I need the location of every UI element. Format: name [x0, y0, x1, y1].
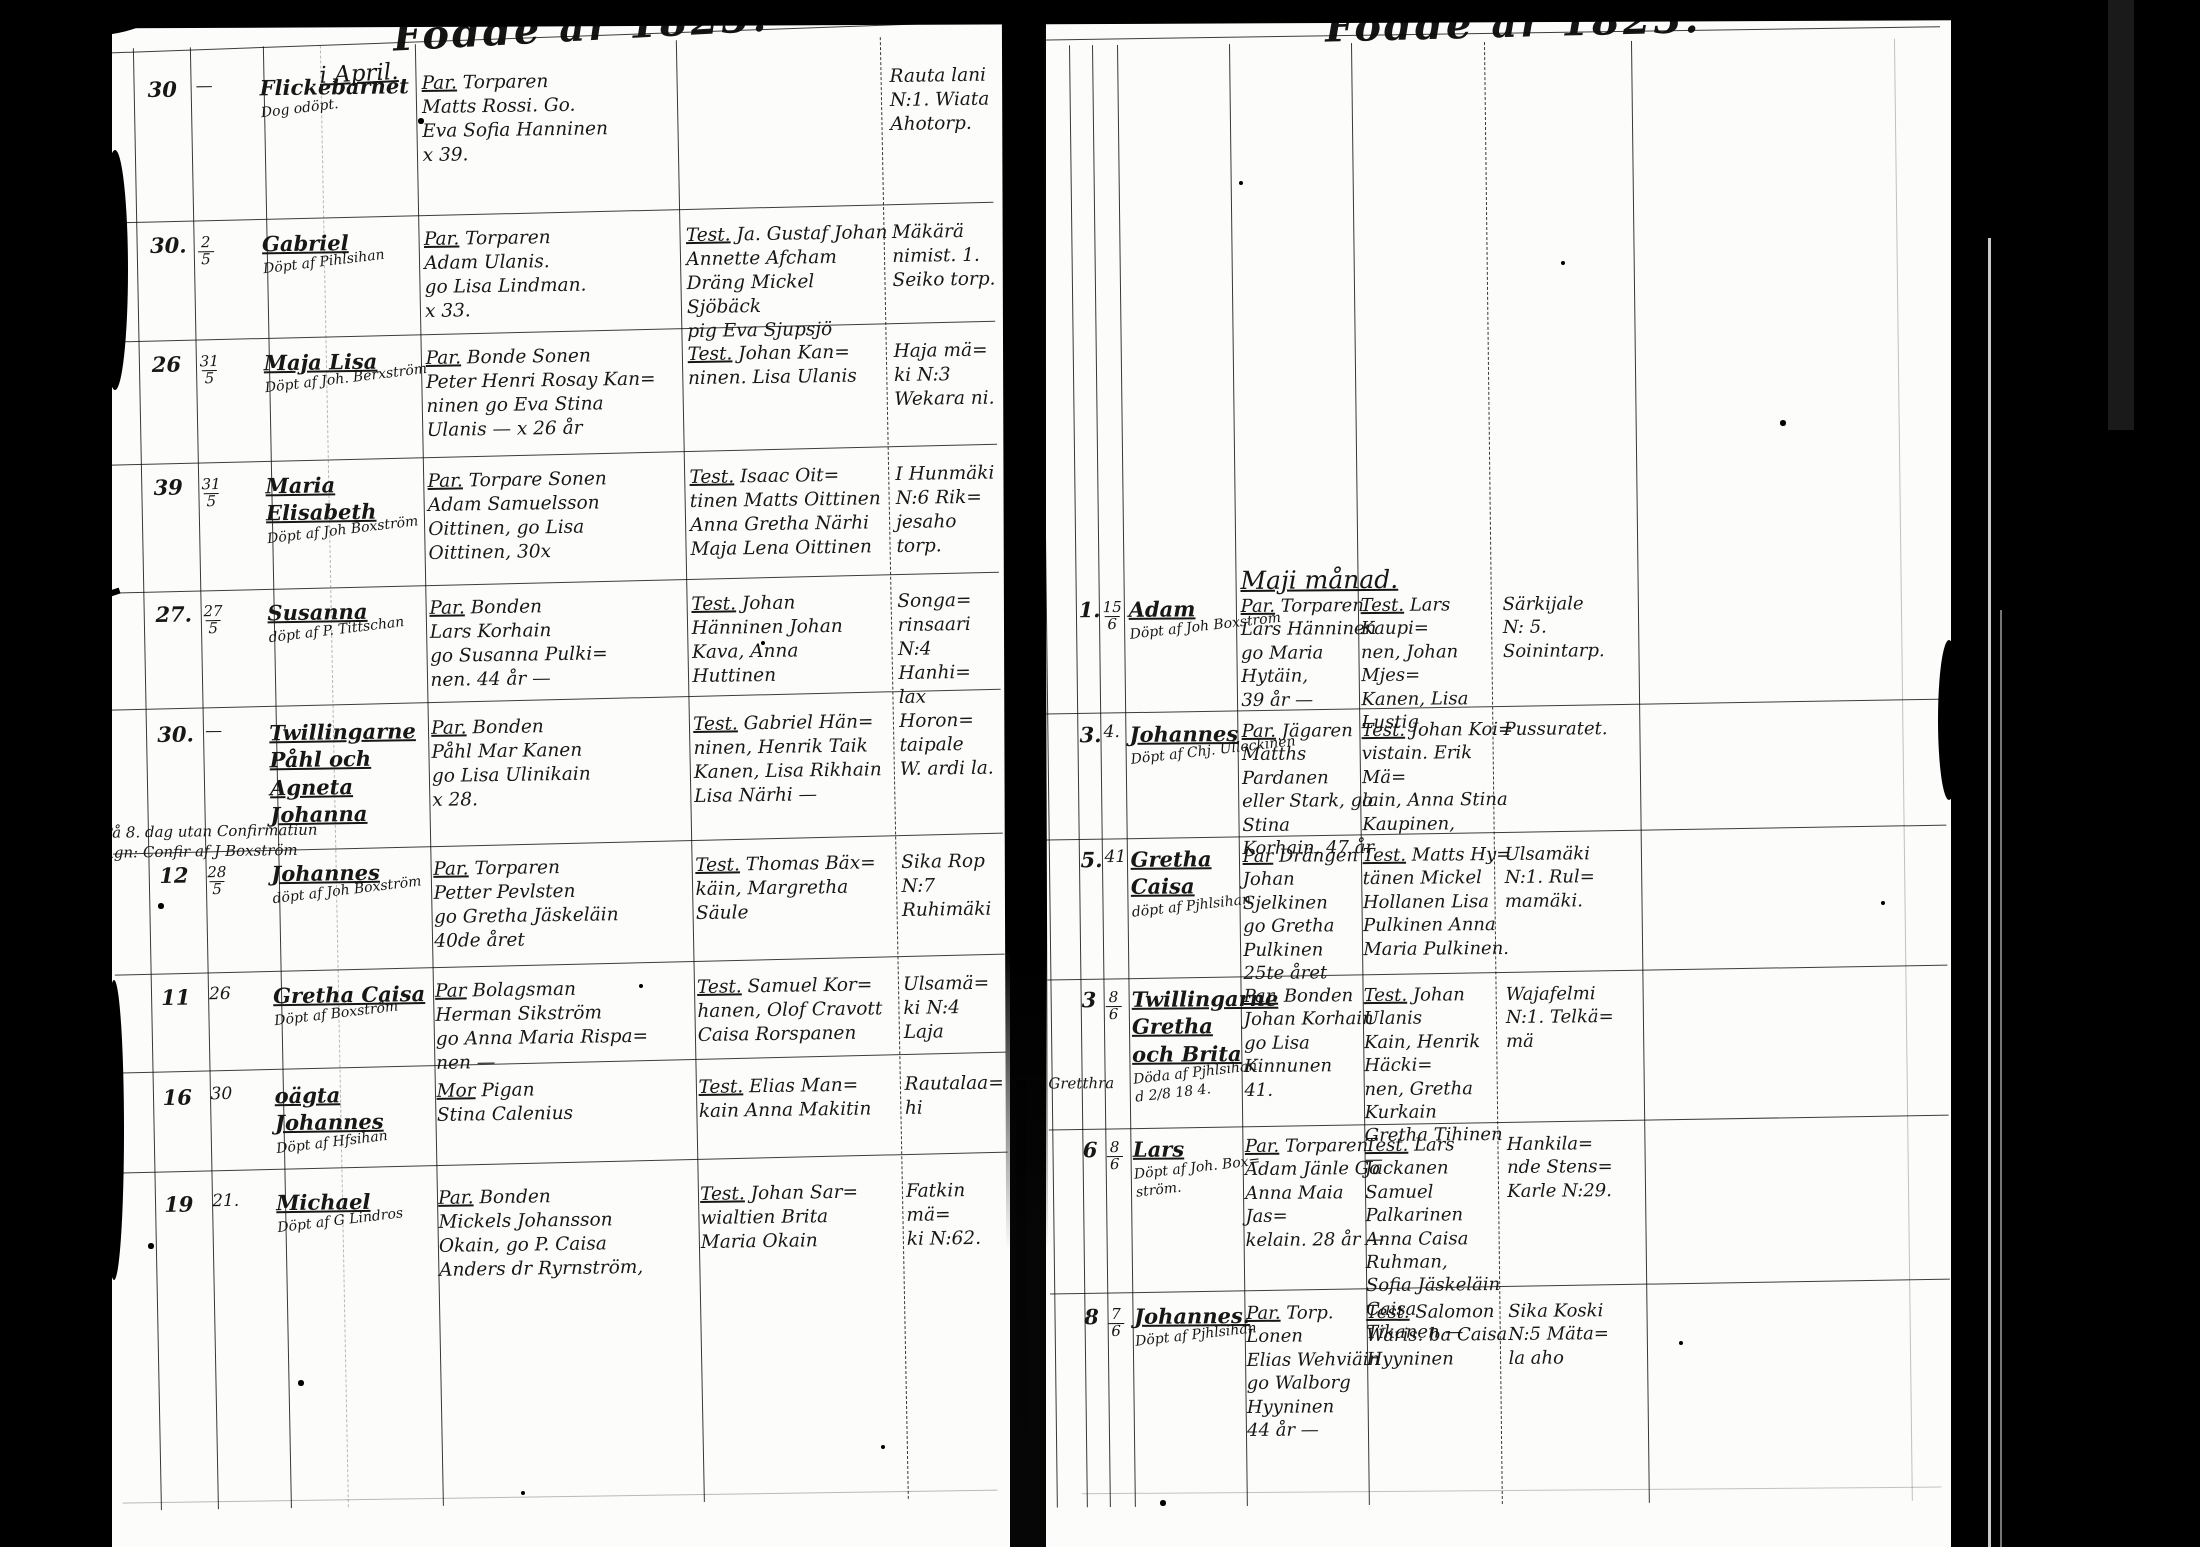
cell-parents: Par. Bonde Sonen Peter Henri Rosay Kan= …	[426, 343, 689, 443]
column-rule	[133, 48, 162, 1510]
entry-number: 3	[1082, 986, 1108, 1014]
entry-date: 315	[200, 349, 271, 387]
column-rule	[1894, 39, 1913, 1501]
register-row: 30.25GabrielDöpt af PihlsihanPar. Torpar…	[104, 219, 1002, 232]
cell-witnesses: Test. Johan Koi= vistain. Erik Mä= lain,…	[1361, 718, 1517, 836]
cell-witnesses: Test. Salomon Waris. ba Caisa Hyyninen	[1366, 1300, 1522, 1371]
entry-date: 25	[198, 230, 269, 268]
cell-child: Twillingarne Påhl och Agneta Johanna	[269, 717, 446, 829]
row-rule	[1082, 1487, 1942, 1495]
cell-child: GabrielDöpt af Pihlsihan	[262, 228, 438, 279]
row-rule	[123, 1490, 998, 1504]
cell-child: AdamDöpt af Joh Boxström	[1129, 595, 1254, 644]
cell-child: JohannesDöpt af Chj. Ulleckinen	[1130, 720, 1255, 769]
register-row: 1.156AdamDöpt af Joh BoxströmPar. Torpar…	[1045, 589, 1951, 596]
entry-date: 21.	[212, 1189, 282, 1212]
cell-residence: Rauta lani N:1. Wiata Ahotorp.	[889, 63, 998, 137]
entry-date: 285	[207, 860, 278, 898]
cell-parents: Par. Torparen Petter Pevlsten go Gretha …	[433, 854, 696, 954]
cell-child: Gretha CaisaDöpt af Boxström	[273, 980, 449, 1031]
cell-residence: Sika Koski N:5 Mäta= la aho	[1508, 1299, 1659, 1370]
cell-witnesses: Test. Ja. Gustaf Johan Annette Afcham Dr…	[686, 221, 893, 344]
entry-number: 6	[1083, 1136, 1109, 1164]
scanned-parish-register: Födde år 1823. i April. 30—FlickebarnetD…	[0, 0, 2200, 1547]
cell-witnesses: Test. Johan Sar= wialtien Brita Maria Ok…	[700, 1180, 906, 1255]
left-page-inner: Födde år 1823. i April. 30—FlickebarnetD…	[101, 11, 1022, 1547]
child-name: Twillingarne Påhl och Agneta Johanna	[269, 717, 446, 829]
cell-residence: Wajafelmi N:1. Telkä= mä	[1506, 982, 1657, 1053]
row-rule	[1048, 965, 1948, 981]
register-row: 39315Maria ElisabethDöpt af Joh Boxström…	[107, 461, 1005, 474]
child-name: Twillingarne Gretha och Brita	[1132, 985, 1258, 1068]
right-page-inner: Födde år 1823. Maji månad. 1.156AdamDöpt…	[1040, 14, 1958, 1547]
margin-note: Gretthra	[1048, 1072, 1378, 1094]
cell-witnesses: Test. Lars Kaupi= nen, Johan Mjes= Kanen…	[1361, 593, 1517, 735]
cell-witnesses: Test. Johan Kan= ninen. Lisa Ulanis	[687, 340, 893, 391]
cell-witnesses: Test. Thomas Bäx= käin, Margretha Säule	[695, 851, 901, 926]
cell-witnesses: Test. Isaac Oit= tinen Matts Oittinen An…	[689, 463, 895, 562]
column-rule	[1092, 45, 1111, 1507]
scan-mark-left-margin-2	[100, 752, 111, 761]
cell-residence: I Hunmäki N:6 Rik= jesaho torp.	[895, 461, 1004, 559]
entry-date: 30	[210, 1082, 280, 1105]
scan-streak-3	[2108, 0, 2134, 430]
cell-child: Maria ElisabethDöpt af Joh Boxström	[265, 470, 441, 548]
cell-residence: Haja mä= ki N:3 Wekara ni.	[893, 338, 1002, 412]
cell-child: Johannesdöpt af Joh Boxström	[271, 858, 447, 909]
binding-gutter-tail	[1016, 1080, 1027, 1520]
cell-residence: Ulsamä= ki N:4 Laja	[903, 971, 1012, 1045]
column-rule	[1069, 45, 1088, 1507]
register-row: 1126Gretha CaisaDöpt af BoxströmPar Bola…	[115, 971, 1013, 984]
entry-date: 275	[203, 599, 274, 637]
cell-witnesses: Test. Johan Hänninen Johan Kava, Anna Hu…	[691, 590, 897, 689]
cell-residence: Pussuratet.	[1503, 717, 1653, 742]
cell-parents: Par Bolagsman Herman Sikström go Anna Ma…	[435, 976, 698, 1076]
cell-child: MichaelDöpt af G Lindros	[276, 1187, 452, 1238]
row-rule	[118, 1152, 1008, 1174]
cell-parents: Par. Torparen Adam Ulanis. go Lisa Lindm…	[424, 224, 687, 324]
cell-witnesses: Test. Samuel Kor= hanen, Olof Cravott Ca…	[697, 973, 903, 1048]
register-row: 1921.MichaelDöpt af G LindrosPar. Bonden…	[118, 1178, 1016, 1191]
cell-child: Susannadöpt af P. Tittschan	[267, 597, 443, 648]
scan-specks	[0, 0, 2, 2]
row-rule	[115, 954, 1005, 976]
entry-date: —	[205, 719, 275, 742]
entry-date: 26	[209, 982, 279, 1005]
cell-residence: Sika Rop N:7 Ruhimäki	[901, 849, 1010, 923]
scan-streak-2	[2000, 610, 2002, 1547]
cell-child: Gretha Caisadöpt af Pjhlsihan	[1130, 845, 1256, 922]
register-row: 5.41Gretha Caisadöpt af PjhlsihanPar Drä…	[1046, 839, 1952, 846]
row-rule	[107, 444, 997, 466]
entry-number: 1.	[1079, 596, 1105, 624]
cell-parents: Par. Bonden Lars Korhain go Susanna Pulk…	[429, 593, 692, 693]
cell-parents: Par. Torpare Sonen Adam Samuelsson Oitti…	[427, 466, 690, 566]
right-page: Födde år 1823. Maji månad. 1.156AdamDöpt…	[1046, 18, 1952, 1547]
entry-date: 315	[201, 472, 272, 510]
cell-child: FlickebarnetDog odöpt.	[259, 72, 435, 123]
cell-child: Johannes.Döpt af Pjhlsihan	[1134, 1302, 1259, 1351]
month-header-may: Maji månad.	[1240, 565, 1398, 595]
row-rule	[104, 202, 994, 224]
column-rule	[1117, 45, 1136, 1507]
register-row: 30—FlickebarnetDog odöpt.Par. Torparen M…	[101, 63, 999, 76]
entry-number: 5.	[1080, 846, 1106, 874]
cell-residence: Songa= rinsaari N:4 Hanhi= lax	[897, 588, 1007, 710]
scan-streak-1	[1988, 238, 1991, 1547]
register-row: 386Twillingarne Gretha och BritaDöda af …	[1048, 979, 1954, 986]
cell-residence: Ulsamäki N:1. Rul= mamäki.	[1504, 842, 1655, 913]
cell-residence: Fatkin mä= ki N:62.	[906, 1178, 1015, 1252]
cell-residence: Hankila= nde Stens= Karle N:29.	[1507, 1132, 1658, 1203]
cell-parents: Par. Bonden Påhl Mar Kanen go Lisa Ulini…	[431, 713, 694, 813]
cell-residence: Mäkärä nimist. 1. Seiko torp.	[892, 219, 1001, 293]
cell-residence: Rautalaa= hi	[904, 1071, 1013, 1121]
cell-parents: Mor Pigan Stina Calenius	[436, 1076, 699, 1128]
register-row: 26315Maja LisaDöpt af Joh. BerxströmPar.…	[106, 338, 1004, 351]
scan-edge-left	[0, 0, 112, 1547]
entry-number: 3.	[1080, 721, 1106, 749]
binding-gutter	[1002, 0, 1048, 1250]
left-page: Födde år 1823. i April. 30—FlickebarnetD…	[112, 18, 1010, 1547]
cell-child: oägta JohannesDöpt af Hfsihan	[274, 1080, 450, 1158]
cell-child: Maja LisaDöpt af Joh. Berxström	[264, 347, 440, 398]
cell-residence: Horon= taipale W. ardi la.	[899, 708, 1008, 782]
cell-parents: Par. Torparen Matts Rossi. Go. Eva Sofia…	[421, 68, 684, 168]
scan-blob-right-margin	[1938, 640, 1960, 800]
cell-child: LarsDöpt af Joh. Box= ström.	[1133, 1135, 1259, 1203]
margin-note: På 8. dag utan Confirmatiun Agn: Confir …	[103, 819, 434, 863]
cell-residence: Särkijale N: 5. Soinintarp.	[1503, 592, 1654, 663]
cell-parents: Par. Bonden Mickels Johansson Okain, go …	[438, 1183, 701, 1283]
row-rule	[111, 689, 1001, 711]
cell-witnesses: Test. Elias Man= kain Anna Makitin	[698, 1073, 904, 1124]
cell-witnesses: Test. Gabriel Hän= ninen, Henrik Taik Ka…	[693, 710, 899, 809]
entry-date: —	[195, 74, 265, 97]
cell-witnesses: Test. Matts Hy= tänen Mickel Hollanen Li…	[1362, 843, 1518, 961]
register-row: 30.—Twillingarne Påhl och Agneta Johanna…	[111, 708, 1009, 721]
entry-number: 8	[1084, 1303, 1110, 1331]
